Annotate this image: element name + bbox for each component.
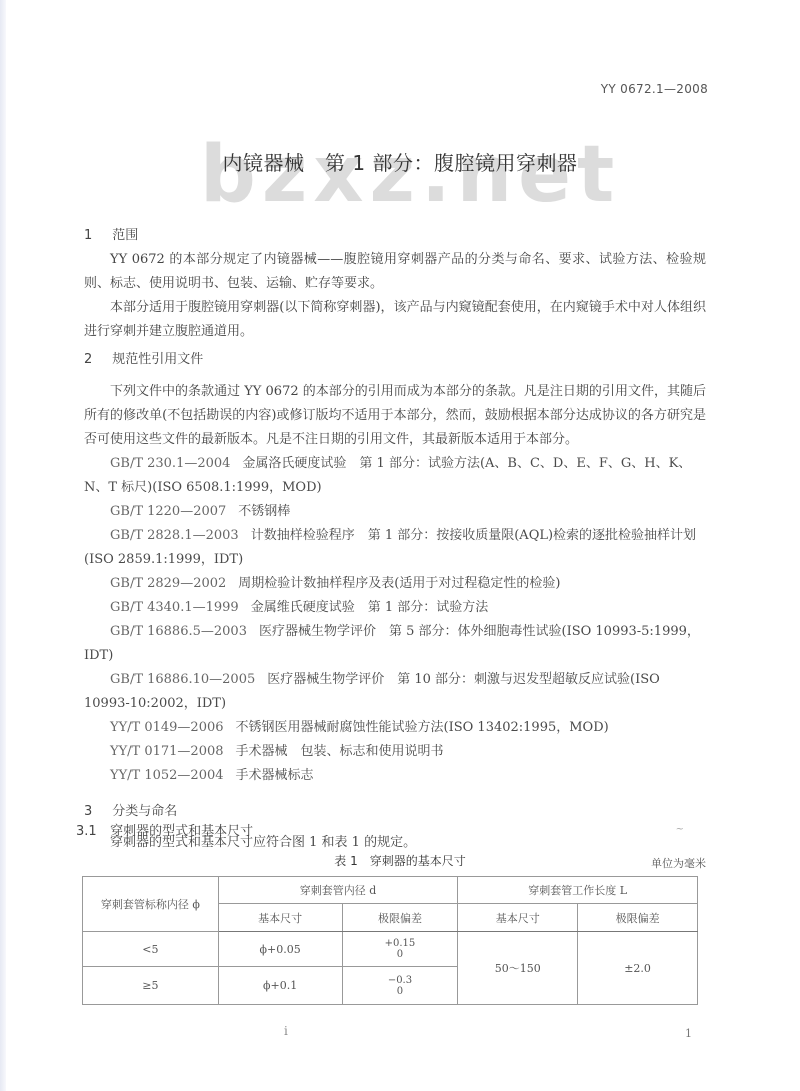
reference-title: 周期检验计数抽样程序及表(适用于对过程稳定性的检验) <box>238 576 560 591</box>
document-title: 内镜器械 第 1 部分：腹腔镜用穿刺器 <box>0 147 800 176</box>
section-1-paragraph-2: 本部分适用于腹腔镜用穿刺器(以下简称穿刺器)，该产品与内窥镜配套使用，在内窥镜手… <box>84 296 706 344</box>
reference-title: 不锈钢棒 <box>238 504 290 519</box>
subheader-basic-size: 基本尺寸 <box>218 904 342 932</box>
section-3-heading: 3 分类与命名 <box>84 800 177 819</box>
section-title: 规范性引用文件 <box>112 352 203 367</box>
scan-mark: i <box>284 1024 288 1038</box>
section-title: 范围 <box>112 228 138 243</box>
cell-nominal: <5 <box>83 932 219 967</box>
reference-title: 不锈钢医用器械耐腐蚀性能试验方法(ISO 13402:1995，MOD) <box>236 720 609 735</box>
reference-title: 手术器械标志 <box>236 768 314 783</box>
reference-item: YY/T 0149—2006不锈钢医用器械耐腐蚀性能试验方法(ISO 13402… <box>84 716 706 740</box>
section-number: 2 <box>84 352 104 367</box>
header-nominal-diameter: 穿刺套管标称内径 ϕ <box>83 877 219 932</box>
reference-item: GB/T 16886.10—2005医疗器械生物学评价 第 10 部分：刺激与迟… <box>84 668 706 716</box>
reference-item: GB/T 1220—2007不锈钢棒 <box>84 500 706 524</box>
reference-code: YY/T 0149—2006 <box>84 720 236 735</box>
section-2-intro: 下列文件中的条款通过 YY 0672 的本部分的引用而成为本部分的条款。凡是注日… <box>84 380 706 452</box>
reference-code: GB/T 230.1—2004 <box>84 456 242 471</box>
reference-code: GB/T 16886.10—2005 <box>84 672 267 687</box>
cell-L-tolerance: ±2.0 <box>578 932 698 1005</box>
reference-title: 手术器械 包装、标志和使用说明书 <box>236 744 444 759</box>
scan-artifact: ~ <box>676 824 684 835</box>
reference-code: GB/T 16886.5—2003 <box>84 624 259 639</box>
page-number: 1 <box>685 1027 692 1040</box>
cell-L-basic: 50～150 <box>458 932 578 1005</box>
reference-code: YY/T 1052—2004 <box>84 768 236 783</box>
reference-item: GB/T 2829—2002周期检验计数抽样程序及表(适用于对过程稳定性的检验) <box>84 572 706 596</box>
cell-nominal: ≥5 <box>83 967 219 1005</box>
reference-code: GB/T 1220—2007 <box>84 504 238 519</box>
cell-d-tolerance: +0.150 <box>342 932 458 967</box>
reference-item: GB/T 4340.1—1999金属维氏硬度试验 第 1 部分：试验方法 <box>84 596 706 620</box>
section-title: 分类与命名 <box>112 804 177 819</box>
reference-code: GB/T 4340.1—1999 <box>84 600 251 615</box>
reference-item: GB/T 16886.5—2003医疗器械生物学评价 第 5 部分：体外细胞毒性… <box>84 620 706 668</box>
section-1-heading: 1 范围 <box>84 224 138 243</box>
header-working-length-L: 穿刺套管工作长度 L <box>458 877 698 904</box>
section-2-heading: 2 规范性引用文件 <box>84 348 203 367</box>
reference-item: GB/T 230.1—2004金属洛氏硬度试验 第 1 部分：试验方法(A、B、… <box>84 452 706 500</box>
table-row: <5 ϕ+0.05 +0.150 50～150 ±2.0 <box>83 932 698 967</box>
section-1-paragraph-1: YY 0672 的本部分规定了内镜器械——腹腔镜用穿刺器产品的分类与命名、要求、… <box>84 248 706 296</box>
reference-title: 金属维氏硬度试验 第 1 部分：试验方法 <box>251 600 489 615</box>
reference-item: GB/T 2828.1—2003计数抽样检验程序 第 1 部分：按接收质量限(A… <box>84 524 706 572</box>
subheader-basic-size: 基本尺寸 <box>458 904 578 932</box>
section-number: 3 <box>84 804 104 819</box>
subheader-tolerance: 极限偏差 <box>578 904 698 932</box>
standard-number: YY 0672.1—2008 <box>601 82 708 96</box>
cell-d-basic: ϕ+0.1 <box>218 967 342 1005</box>
cell-d-basic: ϕ+0.05 <box>218 932 342 967</box>
reference-item: YY/T 0171—2008手术器械 包装、标志和使用说明书 <box>84 740 706 764</box>
reference-code: YY/T 0171—2008 <box>84 744 236 759</box>
reference-item: YY/T 1052—2004手术器械标志 <box>84 764 706 788</box>
table-unit: 单位为毫米 <box>651 855 706 871</box>
reference-code: GB/T 2829—2002 <box>84 576 238 591</box>
reference-code: GB/T 2828.1—2003 <box>84 528 251 543</box>
table-header-row: 穿刺套管标称内径 ϕ 穿刺套管内径 d 穿刺套管工作长度 L <box>83 877 698 904</box>
section-number: 1 <box>84 228 104 243</box>
dimensions-table: 穿刺套管标称内径 ϕ 穿刺套管内径 d 穿刺套管工作长度 L 基本尺寸 极限偏差… <box>82 876 698 1005</box>
header-inner-diameter-d: 穿刺套管内径 d <box>218 877 458 904</box>
cell-d-tolerance: −0.30 <box>342 967 458 1005</box>
subheader-tolerance: 极限偏差 <box>342 904 458 932</box>
